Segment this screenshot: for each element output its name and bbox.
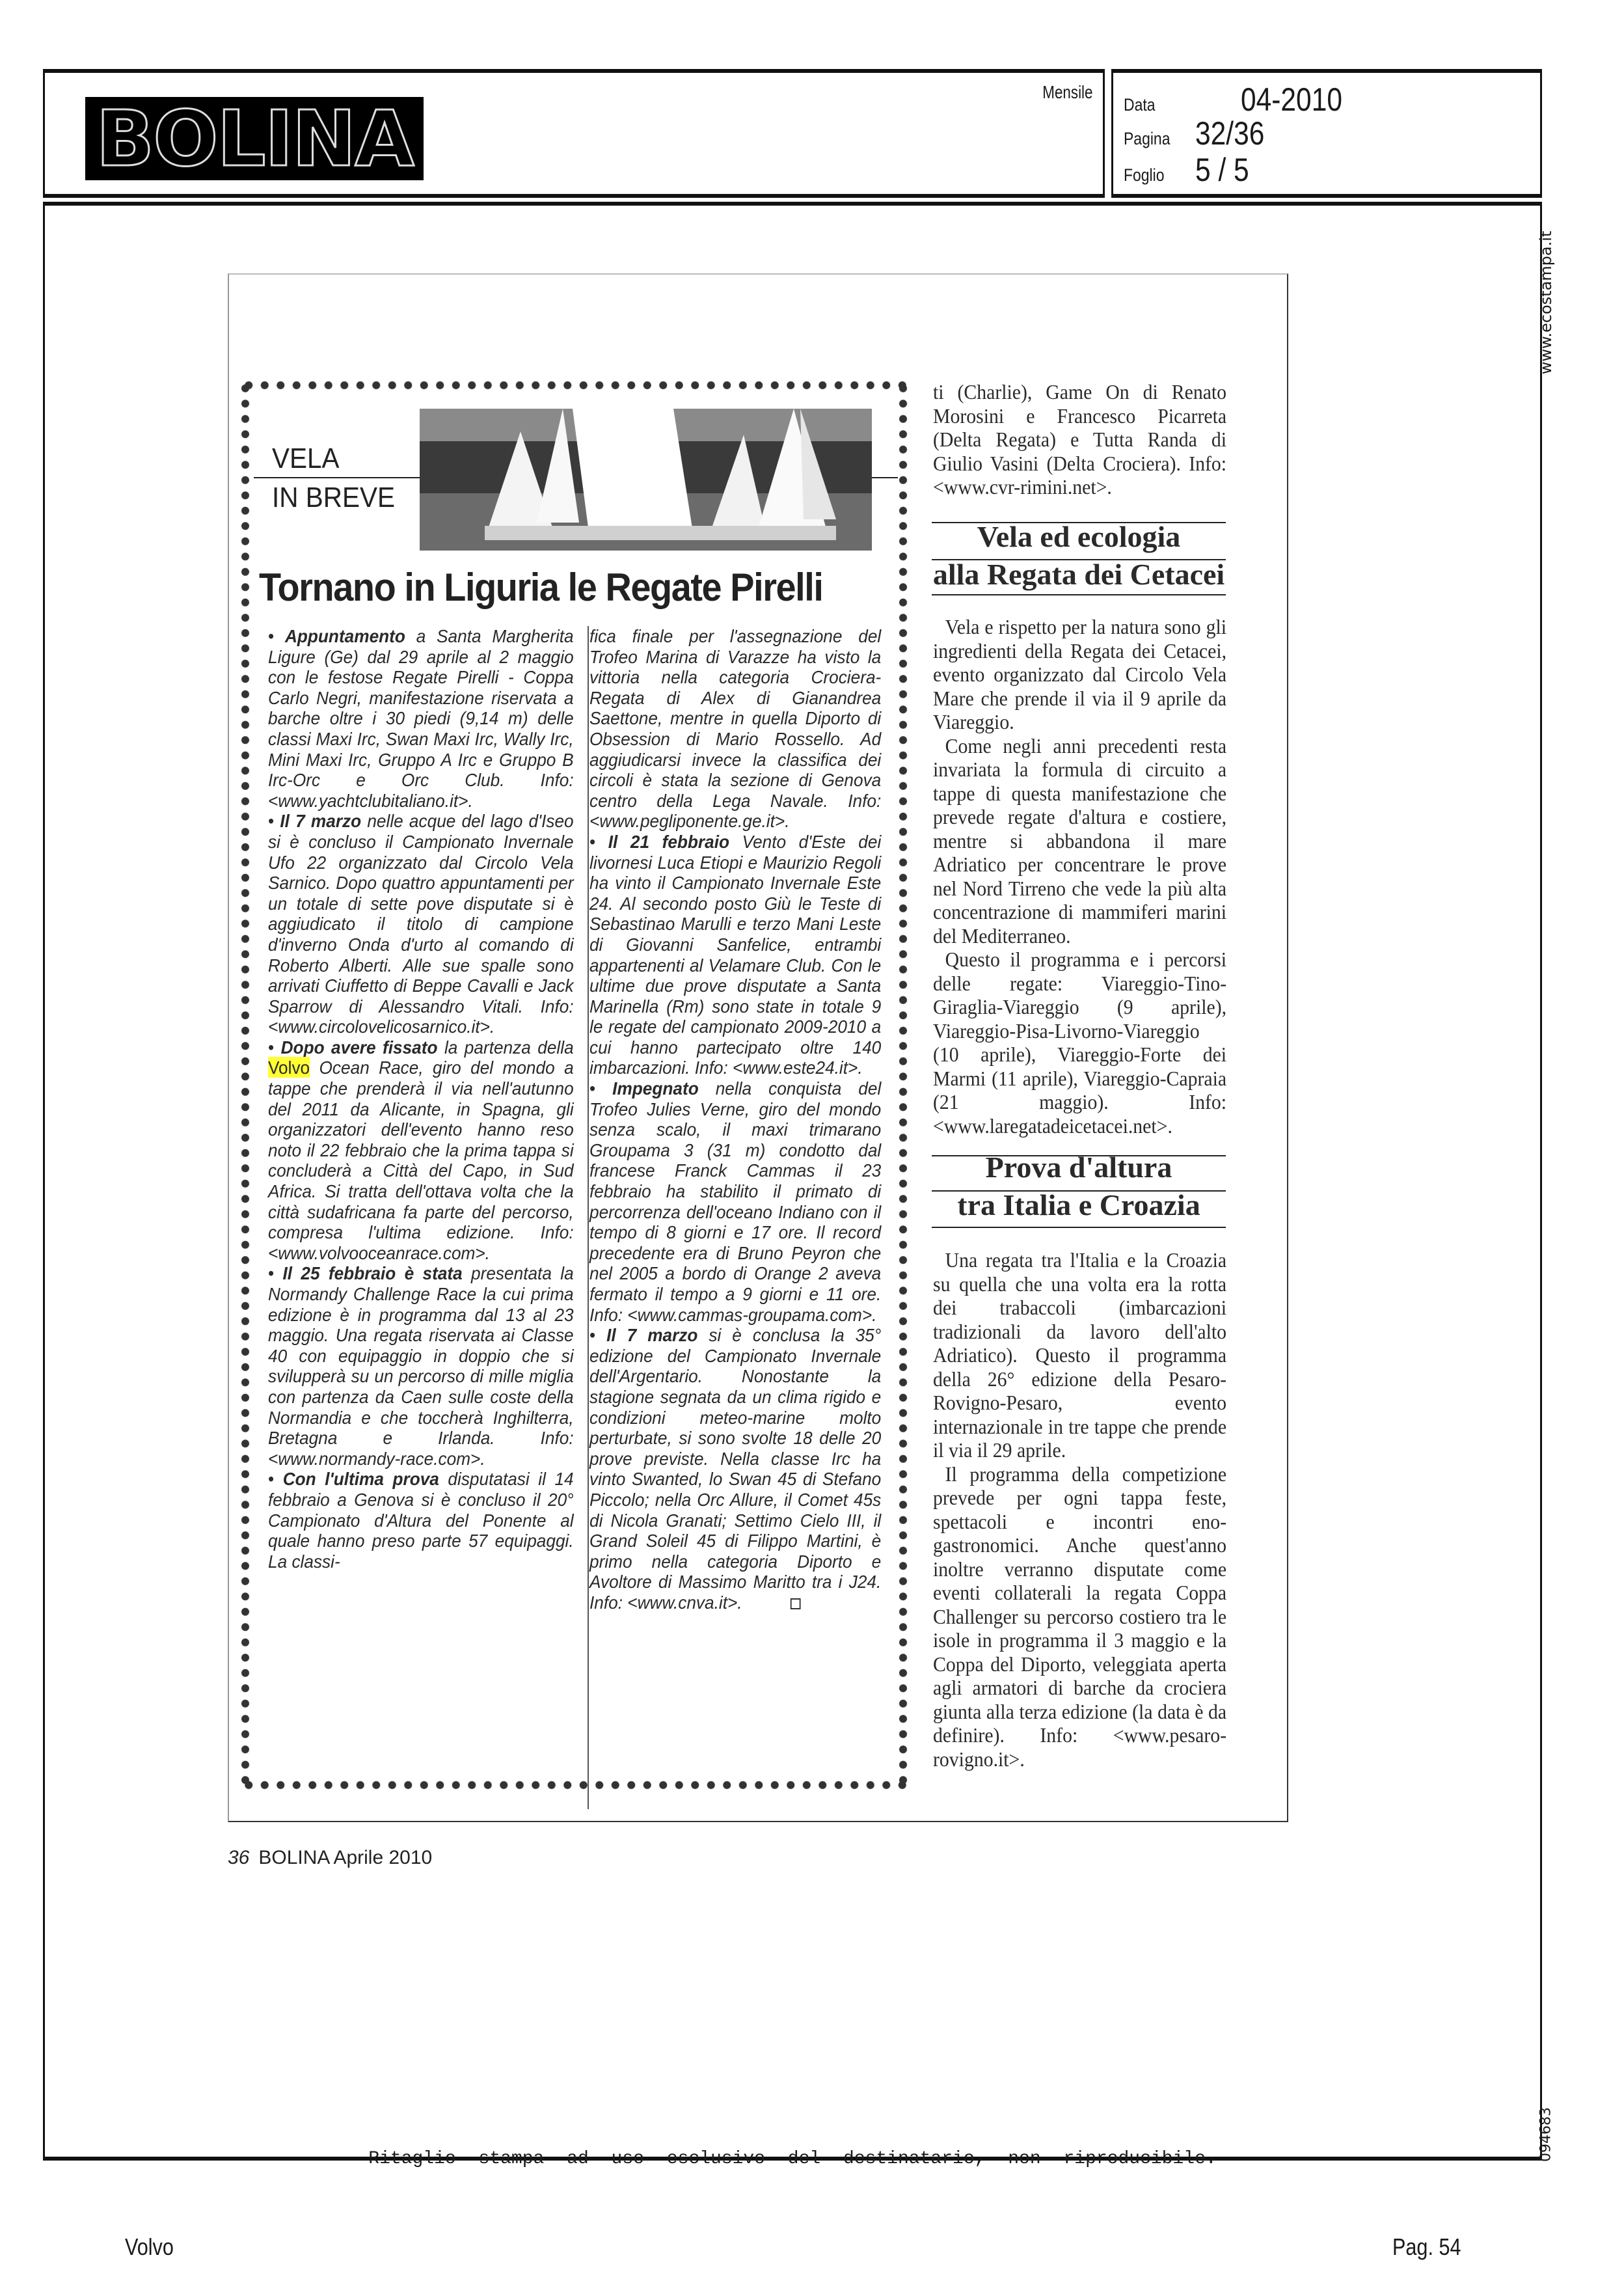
news-item: • Appuntamento a Santa Margherita Ligure… bbox=[268, 626, 574, 811]
section-title-line1: Prova d'altura bbox=[932, 1150, 1226, 1185]
page-number: 36 bbox=[228, 1847, 249, 1868]
news-lead: Il 7 marzo bbox=[280, 810, 361, 831]
section-body-croazia: Una regata tra l'Italia e la Croazia su … bbox=[933, 1248, 1226, 1771]
rubric-bottom: IN BREVE bbox=[272, 484, 395, 512]
news-lead: Impegnato bbox=[612, 1078, 699, 1099]
highlighted-keyword: Volvo bbox=[268, 1057, 310, 1078]
sailboats-image-icon bbox=[420, 409, 872, 551]
meta-label: Pagina bbox=[1124, 129, 1185, 149]
meta-label: Foglio bbox=[1124, 165, 1185, 185]
body-paragraph: Il programma della competizione prevede … bbox=[933, 1462, 1226, 1771]
section-title-line1: Vela ed ecologia bbox=[932, 519, 1226, 554]
news-text: a Santa Margherita Ligure (Ge) dal 29 ap… bbox=[268, 625, 574, 811]
news-text: Vento d'Este dei livornesi Luca Etiopi e… bbox=[589, 831, 881, 1078]
news-item: fica finale per l'assegnazione del Trofe… bbox=[589, 626, 881, 832]
news-lead: Dopo avere fissato bbox=[281, 1037, 438, 1058]
footer-keyword: Volvo bbox=[125, 2233, 174, 2261]
logo-text: BOLINA bbox=[96, 100, 413, 177]
continued-paragraph: ti (Charlie), Game On di Renato Morosini… bbox=[933, 380, 1226, 499]
news-item: • Il 7 marzo nelle acque del lago d'Iseo… bbox=[268, 811, 574, 1037]
body-paragraph: Vela e rispetto per la natura sono gli i… bbox=[933, 615, 1226, 734]
sailboats-photo bbox=[420, 409, 872, 551]
news-item: • Il 21 febbraio Vento d'Este dei livorn… bbox=[589, 832, 881, 1078]
news-column-2: fica finale per l'assegnazione del Trofe… bbox=[589, 626, 881, 1613]
news-text: presentata la Normandy Challenge Race la… bbox=[268, 1262, 574, 1468]
article-headline: Tornano in Liguria le Regate Pirelli bbox=[259, 565, 846, 610]
news-lead: Il 25 febbraio è stata bbox=[283, 1262, 463, 1283]
end-of-article-icon bbox=[791, 1598, 801, 1609]
rubric-top: VELA bbox=[272, 444, 340, 473]
section-title-line2: tra Italia e Croazia bbox=[932, 1188, 1226, 1223]
news-lead: Il 21 febbraio bbox=[608, 831, 729, 852]
news-text: la partenza della bbox=[438, 1037, 574, 1058]
footer-page: Pag. 54 bbox=[1392, 2233, 1461, 2261]
magazine-page-footer: 36BOLINA Aprile 2010 bbox=[228, 1847, 432, 1869]
dotted-border-left bbox=[241, 381, 250, 1790]
meta-value: 5 / 5 bbox=[1195, 151, 1249, 189]
clipping-header: BOLINA Mensile Data 04-2010 Pagina 32/36… bbox=[43, 69, 1542, 198]
news-lead: Il 7 marzo bbox=[606, 1324, 697, 1345]
news-text: Ocean Race, giro del mondo a tappe che p… bbox=[268, 1057, 574, 1262]
body-paragraph: Questo il programma e i percorsi delle r… bbox=[933, 948, 1226, 1138]
news-item: • Con l'ultima prova disputatasi il 14 f… bbox=[268, 1469, 574, 1572]
meta-sheet: Foglio 5 / 5 bbox=[1124, 151, 1258, 189]
header-meta-box: Data 04-2010 Pagina 32/36 Foglio 5 / 5 bbox=[1111, 69, 1542, 198]
section-title-line2: alla Regata dei Cetacei bbox=[932, 557, 1226, 592]
section-rule bbox=[932, 1227, 1226, 1228]
side-url-text: www.ecostampa.it bbox=[1537, 231, 1555, 375]
dotted-border-top bbox=[241, 381, 908, 390]
meta-value: 04-2010 bbox=[1241, 81, 1342, 118]
side-url: www.ecostampa.it bbox=[1533, 218, 1559, 387]
news-lead: Con l'ultima prova bbox=[283, 1468, 439, 1489]
frequency-label: Mensile bbox=[1042, 82, 1092, 103]
meta-date: Data 04-2010 bbox=[1124, 81, 1360, 118]
meta-page: Pagina 32/36 bbox=[1124, 115, 1277, 152]
news-item: • Dopo avere fissato la partenza della V… bbox=[268, 1037, 574, 1264]
news-text: si è conclusa la 35° edizione del Campio… bbox=[589, 1324, 881, 1613]
dotted-border-right bbox=[899, 381, 908, 1790]
news-column-1: • Appuntamento a Santa Margherita Ligure… bbox=[268, 626, 574, 1572]
section-rule bbox=[932, 594, 1226, 595]
continued-text: ti (Charlie), Game On di Renato Morosini… bbox=[933, 380, 1226, 499]
body-paragraph: Una regata tra l'Italia e la Croazia su … bbox=[933, 1248, 1226, 1462]
news-text: nella conquista del Trofeo Julies Verne,… bbox=[589, 1078, 881, 1325]
section-body-cetacei: Vela e rispetto per la natura sono gli i… bbox=[933, 615, 1226, 1138]
news-text: nelle acque del lago d'Iseo si è conclus… bbox=[268, 810, 574, 1037]
news-lead: Appuntamento bbox=[285, 625, 405, 646]
meta-value: 32/36 bbox=[1195, 115, 1264, 152]
header-masthead-box: BOLINA Mensile bbox=[43, 69, 1105, 198]
body-paragraph: Come negli anni precedenti resta invaria… bbox=[933, 734, 1226, 948]
column-divider bbox=[588, 626, 589, 1809]
news-item: • Impegnato nella conquista del Trofeo J… bbox=[589, 1078, 881, 1325]
news-text: fica finale per l'assegnazione del Trofe… bbox=[589, 625, 881, 831]
reproduction-notice: Ritaglio stampa ad uso esclusivo del des… bbox=[43, 2149, 1542, 2169]
publication-info: BOLINA Aprile 2010 bbox=[258, 1847, 432, 1868]
dotted-border-bottom bbox=[241, 1781, 908, 1790]
meta-label: Data bbox=[1124, 95, 1185, 115]
news-item: • Il 7 marzo si è conclusa la 35° edizio… bbox=[589, 1325, 881, 1613]
news-item: • Il 25 febbraio è stata presentata la N… bbox=[268, 1263, 574, 1469]
bolina-logo: BOLINA bbox=[85, 97, 424, 180]
